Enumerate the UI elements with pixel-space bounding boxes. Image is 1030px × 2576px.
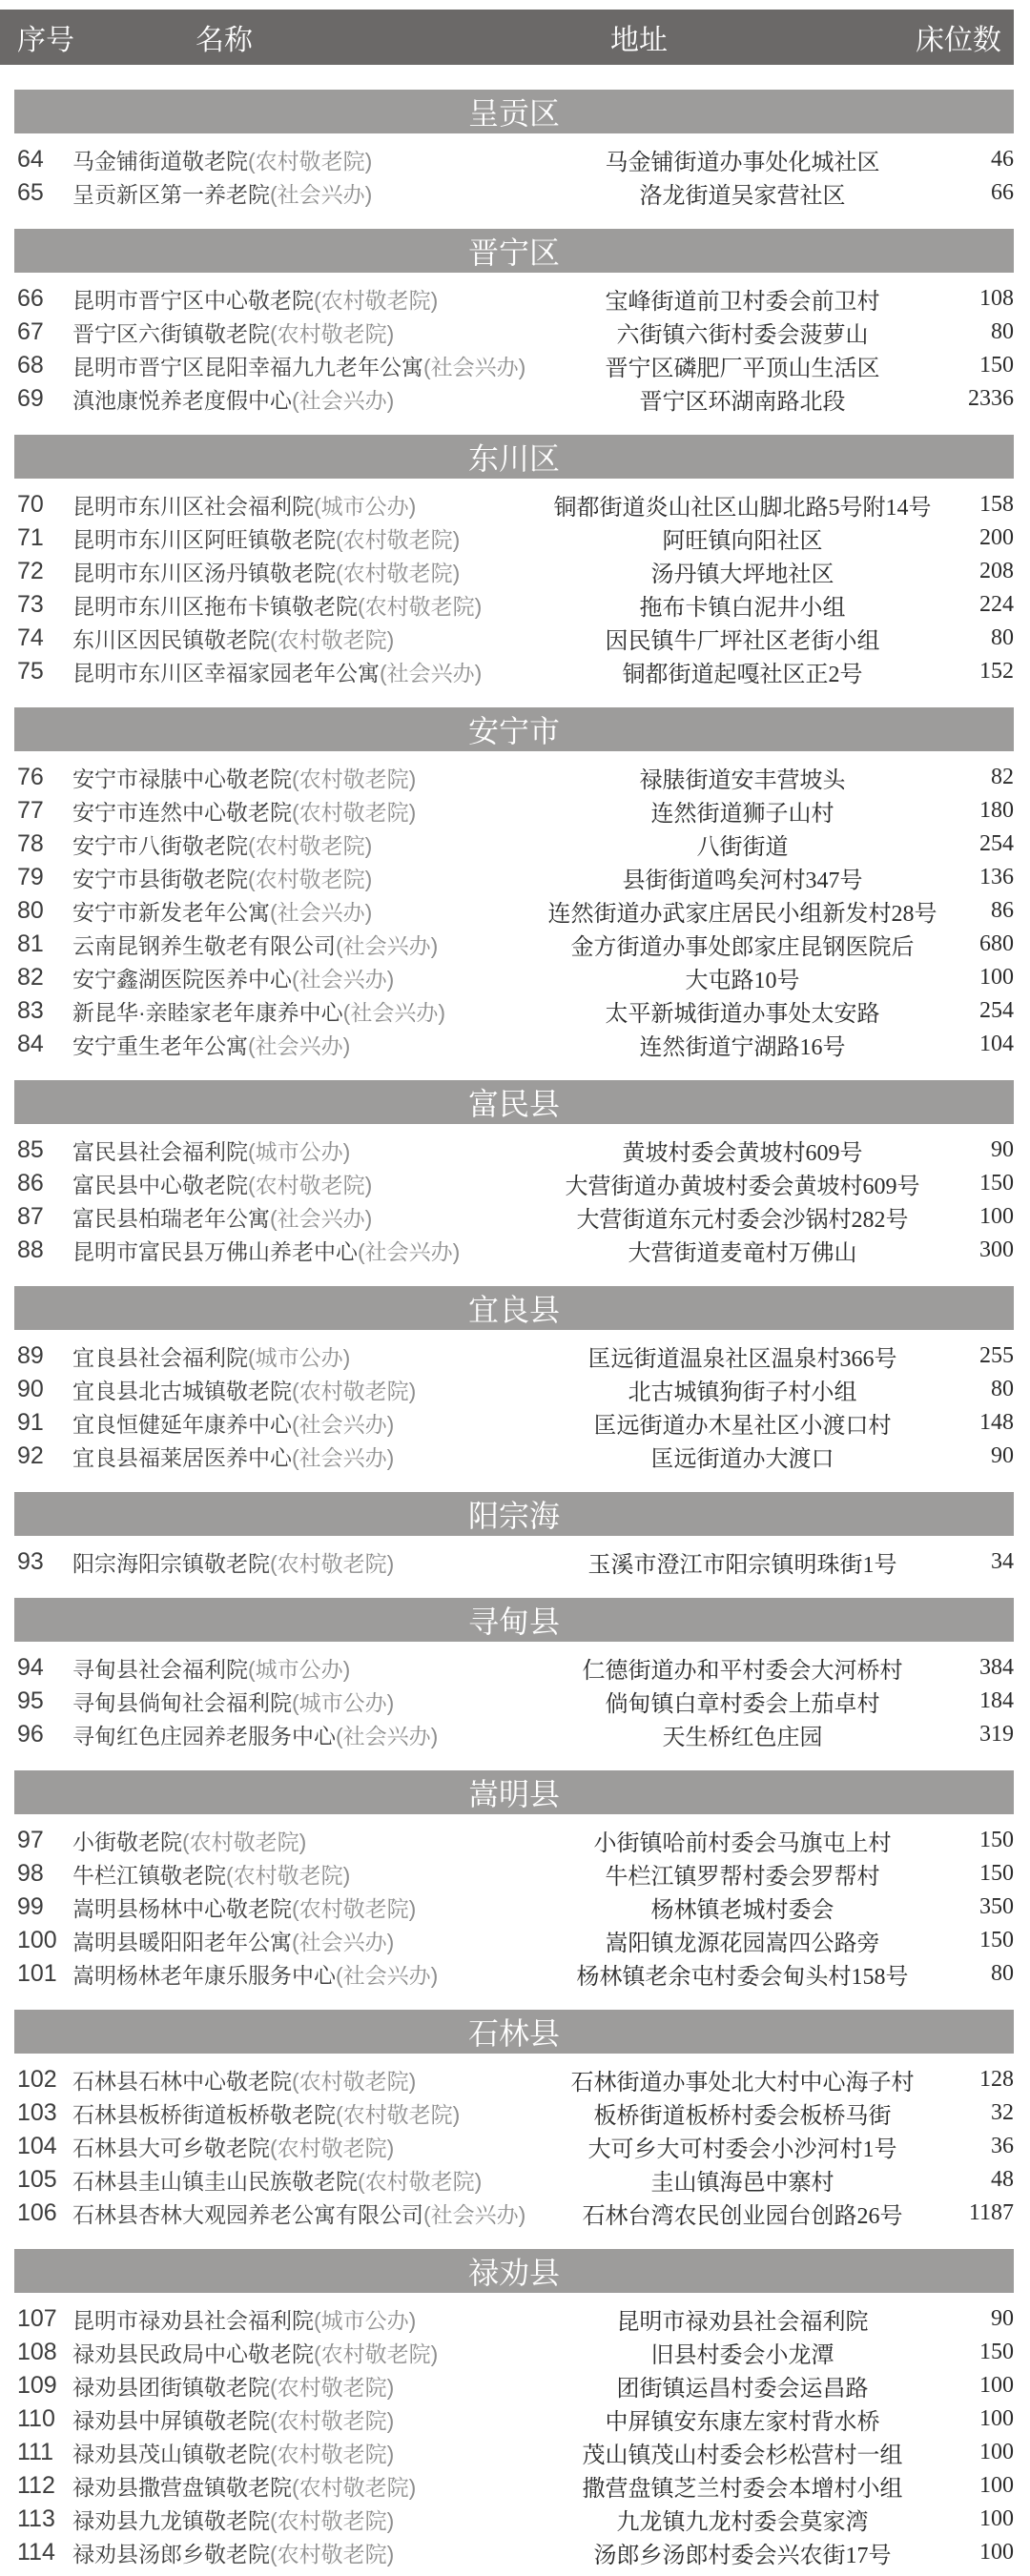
facility-name-text: 嵩明县暖阳阳老年公寓 [72, 1930, 292, 1954]
facility-bed-count: 100 [955, 1204, 1014, 1230]
facility-name-text: 石林县杏林大观园养老公寓有限公司 [72, 2202, 423, 2227]
row-index: 93 [17, 1548, 72, 1576]
district-rows: 107 昆明市禄劝县社会福利院(城市公办) 昆明市禄劝县社会福利院 90 108… [0, 2302, 1030, 2569]
facility-name: 寻甸县社会福利院(城市公办) [72, 1652, 530, 1684]
facility-address: 晋宁区磷肥厂平顶山生活区 [530, 349, 955, 382]
row-index: 76 [17, 764, 72, 791]
facility-category: (农村敬老院) [248, 867, 372, 891]
row-index: 112 [17, 2472, 72, 2500]
table-row: 77 安宁市连然中心敬老院(农村敬老院) 连然街道狮子山村 180 [0, 794, 1030, 828]
district-name: 安宁市 [468, 707, 560, 751]
facility-category: (社会兴办) [270, 182, 372, 207]
column-header-index: 序号 [17, 16, 74, 58]
row-index: 88 [17, 1237, 72, 1264]
table-row: 87 富民县柏瑞老年公寓(社会兴办) 大营街道东元村委会沙锅村282号 100 [0, 1200, 1030, 1234]
facility-name: 宜良县社会福利院(城市公办) [72, 1340, 530, 1372]
table-row: 90 宜良县北古城镇敬老院(农村敬老院) 北古城镇狗街子村小组 80 [0, 1373, 1030, 1406]
facility-name: 安宁市县街敬老院(农村敬老院) [72, 862, 530, 893]
row-index: 97 [17, 1827, 72, 1854]
table-row: 81 云南昆钢养生敬老有限公司(社会兴办) 金方街道办事处郎家庄昆钢医院后 68… [0, 928, 1030, 961]
facility-category: (社会兴办) [248, 1033, 350, 1058]
row-index: 78 [17, 830, 72, 858]
table-row: 106 石林县杏林大观园养老公寓有限公司(社会兴办) 石林台湾农民创业园台创路2… [0, 2197, 1030, 2230]
row-index: 109 [17, 2372, 72, 2400]
facility-name: 小街敬老院(农村敬老院) [72, 1825, 530, 1856]
facility-address: 马金铺街道办事处化城社区 [530, 143, 955, 176]
district-section: 禄劝县 107 昆明市禄劝县社会福利院(城市公办) 昆明市禄劝县社会福利院 90… [0, 2249, 1030, 2569]
row-index: 75 [17, 658, 72, 685]
facility-bed-count: 300 [955, 1237, 1014, 1263]
table-row: 97 小街敬老院(农村敬老院) 小街镇哈前村委会马旗屯上村 150 [0, 1824, 1030, 1857]
table-row: 78 安宁市八街敬老院(农村敬老院) 八街街道 254 [0, 828, 1030, 861]
facility-address: 连然街道办武家庄居民小组新发村28号 [530, 894, 955, 928]
facility-name: 禄劝县中屏镇敬老院(农村敬老院) [72, 2403, 530, 2435]
facility-name-text: 禄劝县民政局中心敬老院 [72, 2341, 314, 2366]
row-index: 101 [17, 1960, 72, 1988]
facility-address: 匡远街道办大渡口 [530, 1440, 955, 1473]
facility-bed-count: 100 [955, 2373, 1014, 2399]
facility-name: 晋宁区六街镇敬老院(农村敬老院) [72, 317, 530, 348]
row-index: 100 [17, 1927, 72, 1954]
facility-bed-count: 319 [955, 1722, 1014, 1748]
facility-bed-count: 32 [955, 2100, 1014, 2126]
facility-category: (农村敬老院) [358, 594, 482, 619]
facility-name: 嵩明县暖阳阳老年公寓(社会兴办) [72, 1925, 530, 1956]
facility-name: 禄劝县团街镇敬老院(农村敬老院) [72, 2370, 530, 2402]
facility-name: 富民县柏瑞老年公寓(社会兴办) [72, 1201, 530, 1233]
facility-name-text: 石林县板桥街道板桥敬老院 [72, 2102, 336, 2127]
facility-address: 大营街道办黄坡村委会黄坡村609号 [530, 1167, 955, 1200]
facility-name-text: 禄劝县中屏镇敬老院 [72, 2408, 270, 2433]
facility-bed-count: 1187 [955, 2200, 1014, 2226]
row-index: 83 [17, 997, 72, 1025]
table-row: 111 禄劝县茂山镇敬老院(农村敬老院) 茂山镇茂山村委会杉松营村一组 100 [0, 2436, 1030, 2469]
table-row: 82 安宁鑫湖医院医养中心(社会兴办) 大屯路10号 100 [0, 961, 1030, 994]
facility-name: 禄劝县九龙镇敬老院(农村敬老院) [72, 2504, 530, 2535]
facility-name-text: 呈贡新区第一养老院 [72, 182, 270, 207]
facility-name: 昆明市东川区汤丹镇敬老院(农村敬老院) [72, 556, 530, 587]
column-header-name: 名称 [196, 16, 253, 58]
row-index: 108 [17, 2339, 72, 2366]
facility-name-text: 安宁市新发老年公寓 [72, 900, 270, 925]
facility-category: (城市公办) [248, 1657, 350, 1682]
facility-name-text: 禄劝县团街镇敬老院 [72, 2375, 270, 2400]
table-row: 71 昆明市东川区阿旺镇敬老院(农村敬老院) 阿旺镇向阳社区 200 [0, 521, 1030, 555]
facility-name-text: 晋宁区六街镇敬老院 [72, 321, 270, 346]
facility-address: 县街街道鸣矣河村347号 [530, 861, 955, 894]
row-index: 65 [17, 179, 72, 207]
district-name: 阳宗海 [468, 1492, 560, 1536]
row-index: 103 [17, 2099, 72, 2127]
facility-category: (农村敬老院) [292, 2069, 416, 2094]
row-index: 98 [17, 1860, 72, 1888]
facility-bed-count: 46 [955, 147, 1014, 173]
facility-address: 因民镇牛厂坪社区老街小组 [530, 622, 955, 655]
table-row: 107 昆明市禄劝县社会福利院(城市公办) 昆明市禄劝县社会福利院 90 [0, 2302, 1030, 2336]
facility-name: 石林县圭山镇圭山民族敬老院(农村敬老院) [72, 2164, 530, 2196]
district-rows: 76 安宁市禄脿中心敬老院(农村敬老院) 禄脿街道安丰营坡头 82 77 安宁市… [0, 761, 1030, 1061]
row-index: 96 [17, 1721, 72, 1748]
facility-name: 禄劝县茂山镇敬老院(农村敬老院) [72, 2437, 530, 2468]
table-row: 86 富民县中心敬老院(农村敬老院) 大营街道办黄坡村委会黄坡村609号 150 [0, 1167, 1030, 1200]
facility-bed-count: 254 [955, 998, 1014, 1024]
facility-name-text: 滇池康悦养老度假中心 [72, 388, 292, 413]
facility-category: (农村敬老院) [270, 2136, 394, 2160]
facility-name: 石林县石林中心敬老院(农村敬老院) [72, 2064, 530, 2096]
row-index: 80 [17, 897, 72, 925]
facility-category: (社会兴办) [380, 661, 482, 685]
facility-name-text: 昆明市东川区社会福利院 [72, 494, 314, 519]
facility-address: 圭山镇海邑中寨村 [530, 2163, 955, 2197]
facility-bed-count: 184 [955, 1688, 1014, 1714]
facility-category: (农村敬老院) [270, 2408, 394, 2433]
facility-bed-count: 180 [955, 798, 1014, 824]
facility-name-text: 昆明市禄劝县社会福利院 [72, 2308, 314, 2333]
facility-name-text: 小街敬老院 [72, 1830, 182, 1854]
facility-address: 汤郎乡汤郎村委会兴农街17号 [530, 2536, 955, 2569]
district-name: 石林县 [468, 2010, 560, 2054]
facility-address: 连然街道宁湖路16号 [530, 1028, 955, 1061]
table-row: 114 禄劝县汤郎乡敬老院(农村敬老院) 汤郎乡汤郎村委会兴农街17号 100 [0, 2536, 1030, 2569]
facility-name-text: 安宁重生老年公寓 [72, 1033, 248, 1058]
facility-category: (城市公办) [292, 1690, 394, 1715]
table-row: 79 安宁市县街敬老院(农村敬老院) 县街街道鸣矣河村347号 136 [0, 861, 1030, 894]
facility-name: 东川区因民镇敬老院(农村敬老院) [72, 623, 530, 654]
facility-name-text: 宜良县福莱居医养中心 [72, 1445, 292, 1470]
facility-address: 旧县村委会小龙潭 [530, 2336, 955, 2369]
facility-name-text: 安宁市八街敬老院 [72, 833, 248, 858]
district-name: 禄劝县 [468, 2249, 560, 2293]
district-header-bar: 石林县 [14, 2010, 1014, 2054]
district-header-bar: 嵩明县 [14, 1770, 1014, 1814]
facility-address: 禄脿街道安丰营坡头 [530, 761, 955, 794]
facility-address: 小街镇哈前村委会马旗屯上村 [530, 1824, 955, 1857]
district-rows: 93 阳宗海阳宗镇敬老院(农村敬老院) 玉溪市澄江市阳宗镇明珠街1号 34 [0, 1545, 1030, 1579]
facility-address: 汤丹镇大坪地社区 [530, 555, 955, 588]
table-row: 65 呈贡新区第一养老院(社会兴办) 洛龙街道吴家营社区 66 [0, 176, 1030, 210]
facility-bed-count: 158 [955, 492, 1014, 518]
facility-category: (城市公办) [248, 1139, 350, 1164]
facility-name: 安宁市八街敬老院(农村敬老院) [72, 828, 530, 860]
district-section: 嵩明县 97 小街敬老院(农村敬老院) 小街镇哈前村委会马旗屯上村 150 98… [0, 1770, 1030, 1991]
row-index: 71 [17, 524, 72, 552]
facility-address: 拖布卡镇白泥井小组 [530, 588, 955, 622]
table-row: 100 嵩明县暖阳阳老年公寓(社会兴办) 嵩阳镇龙源花园嵩四公路旁 150 [0, 1924, 1030, 1957]
district-name: 寻甸县 [468, 1598, 560, 1642]
row-index: 66 [17, 285, 72, 313]
facility-name: 石林县板桥街道板桥敬老院(农村敬老院) [72, 2097, 530, 2129]
facility-name-text: 寻甸红色庄园养老服务中心 [72, 1724, 336, 1748]
district-name: 东川区 [468, 435, 560, 479]
facility-bed-count: 680 [955, 931, 1014, 957]
facility-name-text: 寻甸县倘甸社会福利院 [72, 1690, 292, 1715]
row-index: 111 [17, 2439, 72, 2466]
facility-address: 撒营盘镇芝兰村委会本增村小组 [530, 2469, 955, 2503]
table-row: 73 昆明市东川区拖布卡镇敬老院(农村敬老院) 拖布卡镇白泥井小组 224 [0, 588, 1030, 622]
facility-category: (社会兴办) [343, 1000, 445, 1025]
facility-category: (农村敬老院) [270, 2542, 394, 2566]
table-row: 85 富民县社会福利院(城市公办) 黄坡村委会黄坡村609号 90 [0, 1134, 1030, 1167]
facility-name: 寻甸县倘甸社会福利院(城市公办) [72, 1686, 530, 1717]
district-section: 安宁市 76 安宁市禄脿中心敬老院(农村敬老院) 禄脿街道安丰营坡头 82 77… [0, 707, 1030, 1061]
facility-name: 安宁市禄脿中心敬老院(农村敬老院) [72, 762, 530, 793]
facility-address: 匡远街道温泉社区温泉村366号 [530, 1339, 955, 1373]
facility-name-text: 禄劝县汤郎乡敬老院 [72, 2542, 270, 2566]
facility-category: (社会兴办) [270, 1206, 372, 1231]
facility-address: 中屏镇安东康左家村背水桥 [530, 2402, 955, 2436]
facility-name: 安宁鑫湖医院医养中心(社会兴办) [72, 962, 530, 993]
facility-bed-count: 80 [955, 625, 1014, 651]
facility-address: 杨林镇老城村委会 [530, 1891, 955, 1924]
district-rows: 70 昆明市东川区社会福利院(城市公办) 铜都街道炎山社区山脚北路5号附14号 … [0, 488, 1030, 688]
table-row: 93 阳宗海阳宗镇敬老院(农村敬老院) 玉溪市澄江市阳宗镇明珠街1号 34 [0, 1545, 1030, 1579]
row-index: 113 [17, 2505, 72, 2533]
row-index: 107 [17, 2305, 72, 2333]
row-index: 84 [17, 1031, 72, 1058]
facility-bed-count: 150 [955, 1928, 1014, 1953]
facility-category: (农村敬老院) [182, 1830, 306, 1854]
facility-category: (农村敬老院) [314, 2341, 438, 2366]
facility-address: 天生桥红色庄园 [530, 1718, 955, 1751]
facility-name-text: 东川区因民镇敬老院 [72, 627, 270, 652]
table-row: 108 禄劝县民政局中心敬老院(农村敬老院) 旧县村委会小龙潭 150 [0, 2336, 1030, 2369]
district-name: 晋宁区 [468, 229, 560, 273]
facility-address: 北古城镇狗街子村小组 [530, 1373, 955, 1406]
facility-name-text: 阳宗海阳宗镇敬老院 [72, 1551, 270, 1576]
facility-name-text: 安宁市连然中心敬老院 [72, 800, 292, 825]
facility-category: (社会兴办) [270, 900, 372, 925]
facility-name: 禄劝县汤郎乡敬老院(农村敬老院) [72, 2537, 530, 2568]
facility-category: (农村敬老院) [248, 1173, 372, 1197]
facility-name-text: 嵩明县杨林中心敬老院 [72, 1896, 292, 1921]
facility-name: 安宁市连然中心敬老院(农村敬老院) [72, 795, 530, 827]
facility-name-text: 昆明市晋宁区昆阳幸福九九老年公寓 [72, 355, 423, 379]
facility-category: (农村敬老院) [336, 2102, 460, 2127]
facility-category: (社会兴办) [292, 388, 394, 413]
table-row: 76 安宁市禄脿中心敬老院(农村敬老院) 禄脿街道安丰营坡头 82 [0, 761, 1030, 794]
facility-name-text: 宜良恒健延年康养中心 [72, 1412, 292, 1437]
row-index: 74 [17, 624, 72, 652]
table-row: 99 嵩明县杨林中心敬老院(农村敬老院) 杨林镇老城村委会 350 [0, 1891, 1030, 1924]
row-index: 85 [17, 1136, 72, 1164]
district-section: 呈贡区 64 马金铺街道敬老院(农村敬老院) 马金铺街道办事处化城社区 46 6… [0, 90, 1030, 210]
facility-category: (农村敬老院) [270, 1551, 394, 1576]
facility-name: 寻甸红色庄园养老服务中心(社会兴办) [72, 1719, 530, 1750]
facility-bed-count: 100 [955, 2473, 1014, 2499]
district-section: 晋宁区 66 昆明市晋宁区中心敬老院(农村敬老院) 宝峰街道前卫村委会前卫村 1… [0, 229, 1030, 416]
table-row: 101 嵩明杨林老年康乐服务中心(社会兴办) 杨林镇老余屯村委会甸头村158号 … [0, 1957, 1030, 1991]
facility-bed-count: 90 [955, 1137, 1014, 1163]
facility-table-page: 序号 名称 地址 床位数 呈贡区 64 马金铺街道敬老院(农村敬老院) 马金铺街… [0, 0, 1030, 2569]
district-section: 石林县 102 石林县石林中心敬老院(农村敬老院) 石林街道办事处北大村中心海子… [0, 2010, 1030, 2230]
facility-name-text: 安宁市县街敬老院 [72, 867, 248, 891]
facility-name-text: 宜良县社会福利院 [72, 1345, 248, 1370]
column-header-beds: 床位数 [916, 16, 1001, 58]
facility-bed-count: 150 [955, 2340, 1014, 2365]
facility-bed-count: 150 [955, 353, 1014, 378]
facility-name: 宜良县北古城镇敬老院(农村敬老院) [72, 1374, 530, 1405]
table-row: 110 禄劝县中屏镇敬老院(农村敬老院) 中屏镇安东康左家村背水桥 100 [0, 2402, 1030, 2436]
district-name: 富民县 [468, 1080, 560, 1124]
table-row: 112 禄劝县撒营盘镇敬老院(农村敬老院) 撒营盘镇芝兰村委会本增村小组 100 [0, 2469, 1030, 2503]
facility-category: (社会兴办) [292, 1412, 394, 1437]
facility-name-text: 昆明市富民县万佛山养老中心 [72, 1239, 358, 1264]
district-rows: 64 马金铺街道敬老院(农村敬老院) 马金铺街道办事处化城社区 46 65 呈贡… [0, 143, 1030, 210]
facility-name-text: 寻甸县社会福利院 [72, 1657, 248, 1682]
facility-name-text: 牛栏江镇敬老院 [72, 1863, 226, 1888]
facility-category: (农村敬老院) [336, 527, 460, 552]
table-row: 98 牛栏江镇敬老院(农村敬老院) 牛栏江镇罗帮村委会罗帮村 150 [0, 1857, 1030, 1891]
facility-name-text: 云南昆钢养生敬老有限公司 [72, 933, 336, 958]
facility-address: 石林台湾农民创业园台创路26号 [530, 2197, 955, 2230]
facility-name: 富民县中心敬老院(农村敬老院) [72, 1168, 530, 1199]
facility-address: 九龙镇九龙村委会莫家湾 [530, 2503, 955, 2536]
facility-category: (农村敬老院) [292, 800, 416, 825]
facility-name: 安宁重生老年公寓(社会兴办) [72, 1029, 530, 1060]
table-row: 67 晋宁区六街镇敬老院(农村敬老院) 六街镇六街村委会菠萝山 80 [0, 316, 1030, 349]
facility-bed-count: 200 [955, 525, 1014, 551]
row-index: 104 [17, 2133, 72, 2160]
facility-address: 团街镇运昌村委会运昌路 [530, 2369, 955, 2402]
facility-category: (农村敬老院) [270, 2442, 394, 2466]
row-index: 72 [17, 558, 72, 585]
facility-category: (城市公办) [314, 2308, 416, 2333]
facility-category: (社会兴办) [423, 2202, 525, 2227]
facility-bed-count: 36 [955, 2134, 1014, 2159]
facility-name-text: 石林县石林中心敬老院 [72, 2069, 292, 2094]
facility-address: 阿旺镇向阳社区 [530, 521, 955, 555]
facility-name-text: 石林县大可乡敬老院 [72, 2136, 270, 2160]
table-row: 74 东川区因民镇敬老院(农村敬老院) 因民镇牛厂坪社区老街小组 80 [0, 622, 1030, 655]
district-rows: 94 寻甸县社会福利院(城市公办) 仁德街道办和平村委会大河桥村 384 95 … [0, 1651, 1030, 1751]
row-index: 67 [17, 318, 72, 346]
row-index: 94 [17, 1654, 72, 1682]
facility-bed-count: 104 [955, 1032, 1014, 1057]
facility-name-text: 禄劝县撒营盘镇敬老院 [72, 2475, 292, 2500]
row-index: 87 [17, 1203, 72, 1231]
table-body: 呈贡区 64 马金铺街道敬老院(农村敬老院) 马金铺街道办事处化城社区 46 6… [0, 90, 1030, 2569]
facility-bed-count: 90 [955, 1443, 1014, 1469]
facility-name: 阳宗海阳宗镇敬老院(农村敬老院) [72, 1546, 530, 1578]
district-header-bar: 宜良县 [14, 1286, 1014, 1330]
row-index: 92 [17, 1442, 72, 1470]
row-index: 114 [17, 2539, 72, 2566]
facility-bed-count: 2336 [955, 386, 1014, 412]
facility-bed-count: 90 [955, 2306, 1014, 2332]
facility-name: 禄劝县撒营盘镇敬老院(农村敬老院) [72, 2470, 530, 2502]
facility-name: 昆明市禄劝县社会福利院(城市公办) [72, 2303, 530, 2335]
row-index: 99 [17, 1893, 72, 1921]
facility-name: 嵩明杨林老年康乐服务中心(社会兴办) [72, 1958, 530, 1990]
facility-name: 昆明市东川区拖布卡镇敬老院(农村敬老院) [72, 589, 530, 621]
table-row: 104 石林县大可乡敬老院(农村敬老院) 大可乡大可村委会小沙河村1号 36 [0, 2130, 1030, 2163]
facility-category: (农村敬老院) [270, 627, 394, 652]
facility-bed-count: 80 [955, 1377, 1014, 1402]
district-section: 寻甸县 94 寻甸县社会福利院(城市公办) 仁德街道办和平村委会大河桥村 384… [0, 1598, 1030, 1751]
table-row: 96 寻甸红色庄园养老服务中心(社会兴办) 天生桥红色庄园 319 [0, 1718, 1030, 1751]
facility-name: 安宁市新发老年公寓(社会兴办) [72, 895, 530, 927]
facility-address: 八街街道 [530, 828, 955, 861]
facility-address: 洛龙街道吴家营社区 [530, 176, 955, 210]
facility-address: 金方街道办事处郎家庄昆钢医院后 [530, 928, 955, 961]
district-header-bar: 富民县 [14, 1080, 1014, 1124]
district-header-bar: 东川区 [14, 435, 1014, 479]
facility-bed-count: 100 [955, 2440, 1014, 2465]
facility-bed-count: 100 [955, 2540, 1014, 2566]
facility-bed-count: 224 [955, 592, 1014, 618]
table-row: 109 禄劝县团街镇敬老院(农村敬老院) 团街镇运昌村委会运昌路 100 [0, 2369, 1030, 2402]
facility-name: 牛栏江镇敬老院(农村敬老院) [72, 1858, 530, 1890]
facility-category: (农村敬老院) [248, 833, 372, 858]
facility-name-text: 石林县圭山镇圭山民族敬老院 [72, 2169, 358, 2194]
facility-address: 倘甸镇白章村委会上茄卓村 [530, 1685, 955, 1718]
facility-category: (农村敬老院) [270, 321, 394, 346]
facility-bed-count: 80 [955, 1961, 1014, 1987]
district-name: 嵩明县 [468, 1770, 560, 1814]
table-row: 64 马金铺街道敬老院(农村敬老院) 马金铺街道办事处化城社区 46 [0, 143, 1030, 176]
facility-name-text: 富民县中心敬老院 [72, 1173, 248, 1197]
facility-bed-count: 254 [955, 831, 1014, 857]
facility-address: 大营街道东元村委会沙锅村282号 [530, 1200, 955, 1234]
district-header-bar: 寻甸县 [14, 1598, 1014, 1642]
facility-bed-count: 80 [955, 319, 1014, 345]
district-header-bar: 阳宗海 [14, 1492, 1014, 1536]
facility-name: 新昆华·亲睦家老年康养中心(社会兴办) [72, 995, 530, 1027]
facility-category: (社会兴办) [292, 1930, 394, 1954]
facility-name: 呈贡新区第一养老院(社会兴办) [72, 177, 530, 209]
facility-name-text: 新昆华·亲睦家老年康养中心 [72, 1000, 343, 1025]
facility-bed-count: 136 [955, 865, 1014, 890]
facility-category: (社会兴办) [358, 1239, 460, 1264]
facility-address: 宝峰街道前卫村委会前卫村 [530, 282, 955, 316]
facility-bed-count: 148 [955, 1410, 1014, 1436]
facility-address: 昆明市禄劝县社会福利院 [530, 2302, 955, 2336]
row-index: 95 [17, 1687, 72, 1715]
table-row: 89 宜良县社会福利院(城市公办) 匡远街道温泉社区温泉村366号 255 [0, 1339, 1030, 1373]
facility-name: 宜良县福莱居医养中心(社会兴办) [72, 1441, 530, 1472]
district-rows: 85 富民县社会福利院(城市公办) 黄坡村委会黄坡村609号 90 86 富民县… [0, 1134, 1030, 1267]
facility-name-text: 昆明市东川区幸福家园老年公寓 [72, 661, 380, 685]
facility-bed-count: 48 [955, 2167, 1014, 2193]
district-header-bar: 晋宁区 [14, 229, 1014, 273]
facility-category: (城市公办) [314, 494, 416, 519]
table-row: 69 滇池康悦养老度假中心(社会兴办) 晋宁区环湖南路北段 2336 [0, 382, 1030, 416]
row-index: 90 [17, 1376, 72, 1403]
facility-name-text: 昆明市晋宁区中心敬老院 [72, 288, 314, 313]
facility-address: 大营街道麦竜村万佛山 [530, 1234, 955, 1267]
district-rows: 66 昆明市晋宁区中心敬老院(农村敬老院) 宝峰街道前卫村委会前卫村 108 6… [0, 282, 1030, 416]
facility-name-text: 昆明市东川区拖布卡镇敬老院 [72, 594, 358, 619]
facility-address: 玉溪市澄江市阳宗镇明珠街1号 [530, 1545, 955, 1579]
table-row: 113 禄劝县九龙镇敬老院(农村敬老院) 九龙镇九龙村委会莫家湾 100 [0, 2503, 1030, 2536]
facility-address: 大可乡大可村委会小沙河村1号 [530, 2130, 955, 2163]
facility-category: (城市公办) [248, 1345, 350, 1370]
table-row: 105 石林县圭山镇圭山民族敬老院(农村敬老院) 圭山镇海邑中寨村 48 [0, 2163, 1030, 2197]
facility-name-text: 宜良县北古城镇敬老院 [72, 1379, 292, 1403]
facility-name: 昆明市富民县万佛山养老中心(社会兴办) [72, 1235, 530, 1266]
row-index: 106 [17, 2199, 72, 2227]
district-header-bar: 安宁市 [14, 707, 1014, 751]
facility-address: 石林街道办事处北大村中心海子村 [530, 2063, 955, 2096]
row-index: 73 [17, 591, 72, 619]
facility-address: 铜都街道炎山社区山脚北路5号附14号 [530, 488, 955, 521]
district-header-bar: 禄劝县 [14, 2249, 1014, 2293]
row-index: 82 [17, 964, 72, 992]
facility-category: (农村敬老院) [314, 288, 438, 313]
facility-name-text: 马金铺街道敬老院 [72, 149, 248, 174]
table-row: 88 昆明市富民县万佛山养老中心(社会兴办) 大营街道麦竜村万佛山 300 [0, 1234, 1030, 1267]
facility-bed-count: 150 [955, 1171, 1014, 1196]
